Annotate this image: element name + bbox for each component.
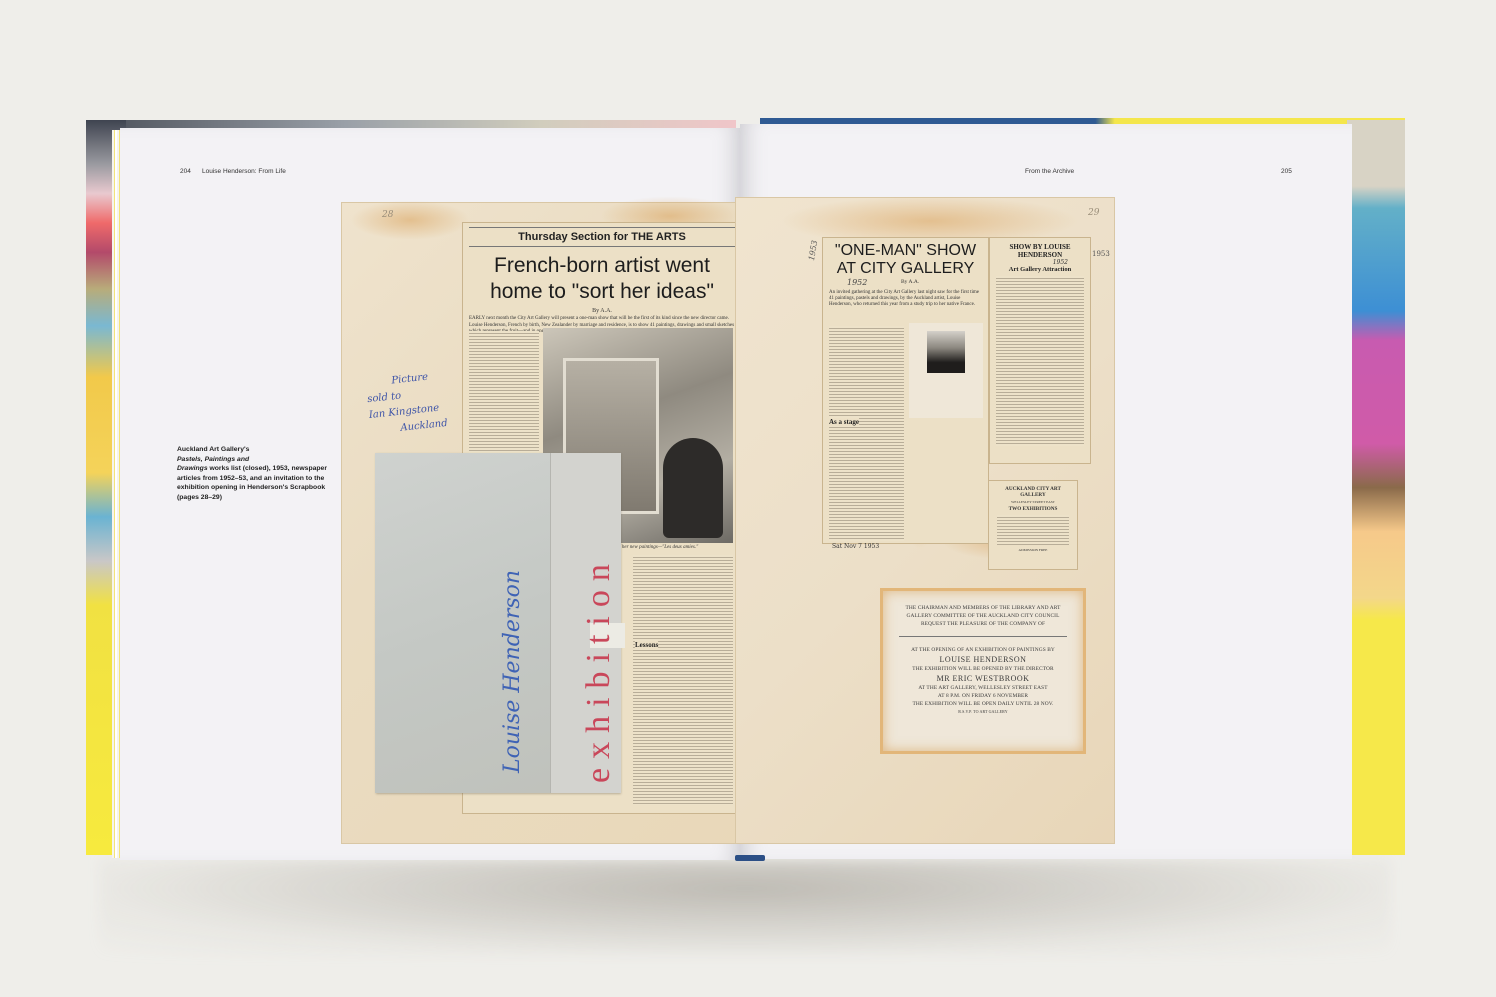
news-clipping-one-man-show: "ONE-MAN" SHOW AT CITY GALLERY 1952 By A… — [822, 237, 989, 544]
photo-mount — [909, 323, 983, 418]
headline-line-1: SHOW BY LOUISE — [990, 243, 1090, 251]
invitation-director: MR ERIC WESTBROOK — [883, 673, 1083, 684]
headline-line-1: French-born artist went — [463, 247, 741, 279]
headline-line-2: home to "sort her ideas" — [463, 279, 741, 305]
headline-line-2: AT CITY GALLERY — [823, 260, 988, 278]
date-note: Sat Nov 7 1953 — [832, 543, 879, 550]
divider — [899, 636, 1067, 637]
article-column — [633, 555, 733, 805]
running-head-left: Louise Henderson: From Life — [202, 168, 286, 175]
caption-title: Drawings — [177, 465, 208, 472]
figure-caption: Auckland Art Gallery's Pastels, Painting… — [177, 445, 327, 503]
invitation-intro: THE CHAIRMAN AND MEMBERS OF THE LIBRARY … — [883, 604, 1083, 628]
invitation-rsvp: R.S.V.P. TO ART GALLERY — [883, 708, 1083, 716]
caption-line: Auckland Art Gallery's — [177, 446, 249, 453]
headline-line-2: HENDERSON — [990, 251, 1090, 259]
year-note: 1952 — [990, 259, 1090, 266]
artist-portrait — [927, 331, 965, 373]
invitation-time: AT 8 P.M. ON FRIDAY 6 NOVEMBER — [883, 692, 1083, 700]
invitation-venue: AT THE ART GALLERY, WELLESLEY STREET EAS… — [883, 684, 1083, 692]
notice-address: WELLESLEY STREET EAST — [989, 500, 1077, 504]
exhibition-stamp: exhibition — [580, 555, 618, 783]
subhead-lessons: Lessons — [635, 641, 658, 649]
lead-paragraph: An invited gathering at the City Art Gal… — [823, 288, 988, 311]
caption-title: Pastels, Paintings and — [177, 456, 249, 463]
photo-caption: ...of her new paintings—"Les deux amies.… — [613, 545, 698, 550]
article-column — [829, 326, 904, 541]
works-list-folder: Louise Henderson exhibition — [375, 453, 620, 793]
invitation-line: THE EXHIBITION WILL BE OPENED BY THE DIR… — [883, 665, 1083, 673]
page-number-left: 204 — [180, 168, 191, 175]
notice-footer: ADMISSION FREE — [989, 548, 1077, 552]
invitation-artist: LOUISE HENDERSON — [883, 654, 1083, 665]
front-cover-edge — [1347, 120, 1405, 855]
invitation-line: AT THE OPENING OF AN EXHIBITION OF PAINT… — [883, 646, 1083, 654]
notice-title: GALLERY — [989, 492, 1077, 498]
spine-headband — [735, 855, 765, 861]
news-clipping-two-exhibitions: AUCKLAND CITY ART GALLERY WELLESLEY STRE… — [988, 480, 1078, 570]
subhead-attraction: Art Gallery Attraction — [990, 266, 1090, 273]
notice-heading: TWO EXHIBITIONS — [989, 506, 1077, 512]
handwritten-note: Picture sold to Ian Kingstone Auckland — [365, 368, 449, 440]
article-column — [996, 276, 1084, 446]
book-shadow — [100, 860, 1390, 955]
artist-figure — [663, 438, 723, 538]
invitation-open: THE EXHIBITION WILL BE OPEN DAILY UNTIL … — [883, 700, 1083, 708]
news-clipping-show-by-louise: SHOW BY LOUISE HENDERSON 1952 Art Galler… — [989, 237, 1091, 464]
exhibition-invitation: THE CHAIRMAN AND MEMBERS OF THE LIBRARY … — [880, 588, 1086, 754]
page-number-right: 205 — [1281, 168, 1292, 175]
byline: By A.A. — [901, 279, 919, 285]
subhead-as-a-stage: As a stage — [829, 418, 859, 426]
notice-body — [997, 515, 1069, 545]
year-note: 1952 — [847, 278, 867, 287]
section-banner: Thursday Section for THE ARTS — [469, 227, 735, 247]
running-head-right: From the Archive — [1025, 168, 1074, 175]
handwritten-signature: Louise Henderson — [500, 533, 525, 773]
stain — [350, 200, 470, 240]
page-mark: 29 — [1088, 208, 1099, 218]
page-mark: 28 — [382, 210, 393, 220]
headline-line-1: "ONE-MAN" SHOW — [823, 242, 988, 260]
margin-year-note-right: 1953 — [1092, 250, 1110, 258]
